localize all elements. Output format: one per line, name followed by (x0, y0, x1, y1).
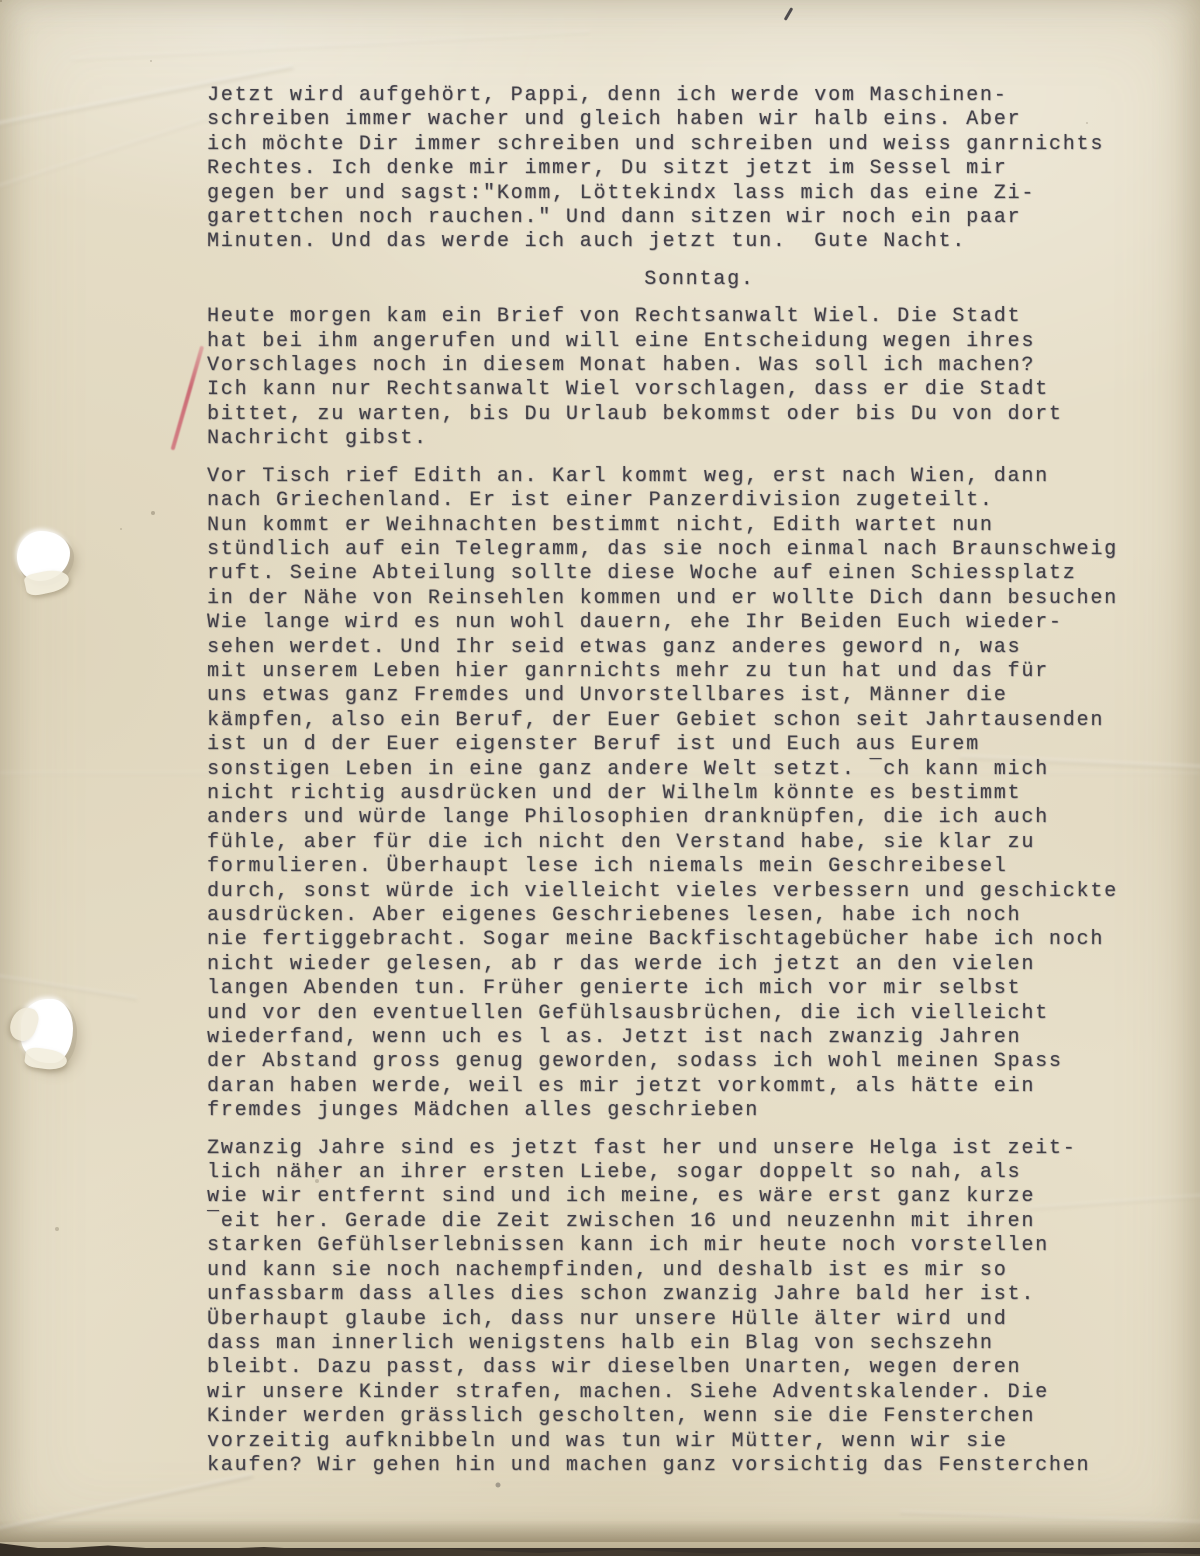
punch-hole-top (17, 531, 70, 581)
punch-hole-bottom (21, 999, 73, 1063)
scanned-letter-scene: Jetzt wird aufgehört, Pappi, denn ich we… (0, 0, 1200, 1556)
paragraph-twenty-years: Zwanzig Jahre sind es jetzt fast her und… (207, 1137, 1192, 1479)
paper-speckles (0, 0, 2, 2)
paper-crease (0, 111, 225, 192)
letter-body: Jetzt wird aufgehört, Pappi, denn ich we… (207, 84, 1192, 1491)
letter-page: Jetzt wird aufgehört, Pappi, denn ich we… (0, 0, 1200, 1548)
paper-crease (0, 973, 137, 1000)
red-pencil-margin-mark (171, 346, 205, 451)
paragraph-lawyer-wiel: Heute morgen kam ein Brief von Rechtsanw… (207, 305, 1192, 451)
ink-tick-mark (784, 7, 794, 21)
paragraph-goodnight: Jetzt wird aufgehört, Pappi, denn ich we… (207, 84, 1192, 255)
paragraph-edith-karl: Vor Tisch rief Edith an. Karl kommt weg,… (207, 465, 1192, 1124)
paper-crease (70, 30, 589, 61)
day-heading-sonntag: Sonntag. (207, 268, 1192, 292)
bottom-edge-shadow (0, 1520, 1200, 1542)
